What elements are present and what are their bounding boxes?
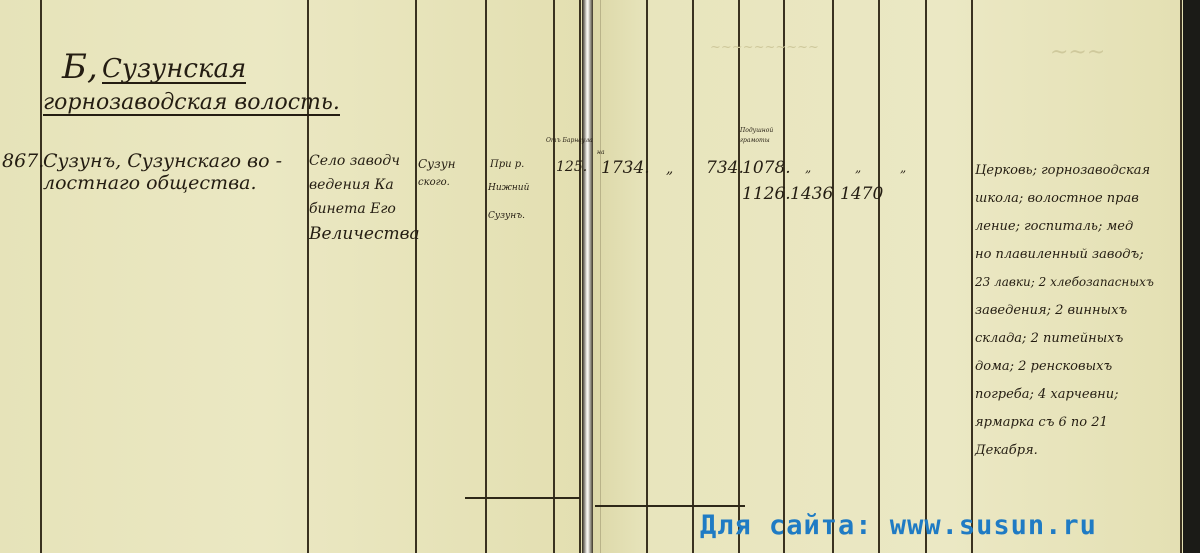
col3-value: 734. (706, 160, 744, 177)
col6-value-line2: 1470 (840, 186, 883, 203)
col7-value: „ (900, 162, 906, 174)
ownership-line2: ведения Ка (309, 178, 394, 192)
col4-header-line2: грамоты (740, 138, 770, 144)
distance-header: Отъ Барнаула (546, 138, 593, 144)
notes-line: склада; 2 питейныхъ (975, 332, 1123, 345)
notes-line: но плавиленный заводъ; (975, 248, 1144, 261)
col4-value-line1: 1078. (742, 160, 791, 177)
uezd-line2: ского. (418, 178, 450, 188)
notes-line: Декабря. (975, 444, 1038, 457)
page-seam (582, 0, 593, 553)
notes-line: ярмарка съ 6 по 21 (975, 416, 1108, 429)
settlement-name-line1: Сузунъ, Сузунскаго во - (43, 152, 282, 171)
notes-line: заведения; 2 винныхъ (975, 304, 1127, 317)
col6-value-line1: „ (855, 162, 861, 174)
column-rule (646, 0, 648, 553)
distance-value: 125. (556, 160, 587, 174)
ownership-line1: Село заводч (309, 154, 400, 168)
section-title-line2: горнозаводская волость. (43, 92, 340, 116)
notes-line: дома; 2 ренсковыхъ (975, 360, 1112, 373)
notes-line: 23 лавки; 2 хлебозапасныхъ (975, 276, 1154, 288)
col1-value: 1734. (601, 160, 650, 177)
column-rule (971, 0, 973, 553)
section-title-line1: Сузунская (102, 56, 246, 84)
column-rule (485, 0, 487, 553)
location-line3: Сузунъ. (488, 212, 525, 221)
ownership-line4: Величества (309, 226, 420, 243)
settlement-name-line2: лостнаго общества. (43, 174, 257, 193)
website-watermark: Для сайта: www.susun.ru (700, 510, 1097, 541)
col5-value-line1: „ (805, 162, 811, 174)
bleed-through-text: ~~~~~~~~~~ (710, 40, 819, 55)
col4-value-line2: 1126. (742, 186, 791, 203)
column-rule (878, 0, 880, 553)
entry-number: 867. (2, 152, 44, 171)
column-rule (415, 0, 417, 553)
column-rule (579, 0, 581, 553)
column-rule (40, 0, 42, 553)
notes-line: ление; госпиталь; мед (975, 220, 1133, 233)
col1-mark: на (597, 150, 605, 156)
column-rule (600, 0, 601, 553)
col4-header-line1: Подушной (740, 128, 773, 134)
row-total-rule (595, 505, 745, 507)
notes-line: погреба; 4 харчевни; (975, 388, 1118, 401)
notes-line: школа; волостное прав (975, 192, 1139, 205)
column-rule (832, 0, 834, 553)
col2-value: „ (666, 162, 673, 176)
column-rule (692, 0, 694, 553)
location-line2: Нижний (488, 184, 529, 193)
bleed-through-text: ~~~ (1050, 40, 1105, 65)
column-rule (783, 0, 785, 553)
location-line1: При р. (490, 160, 524, 170)
column-rule (307, 0, 309, 553)
row-total-rule (465, 497, 580, 499)
column-rule (1180, 0, 1182, 553)
right-page-edge (1183, 0, 1200, 553)
column-rule (738, 0, 740, 553)
column-rule (553, 0, 555, 553)
section-letter: Б, (62, 50, 98, 84)
col5-value-line2: 1436 (790, 186, 833, 203)
column-rule (925, 0, 927, 553)
ownership-line3: бинета Его (309, 202, 396, 216)
notes-line: Церковь; горнозаводская (975, 164, 1150, 177)
uezd-line1: Сузун (418, 158, 456, 170)
